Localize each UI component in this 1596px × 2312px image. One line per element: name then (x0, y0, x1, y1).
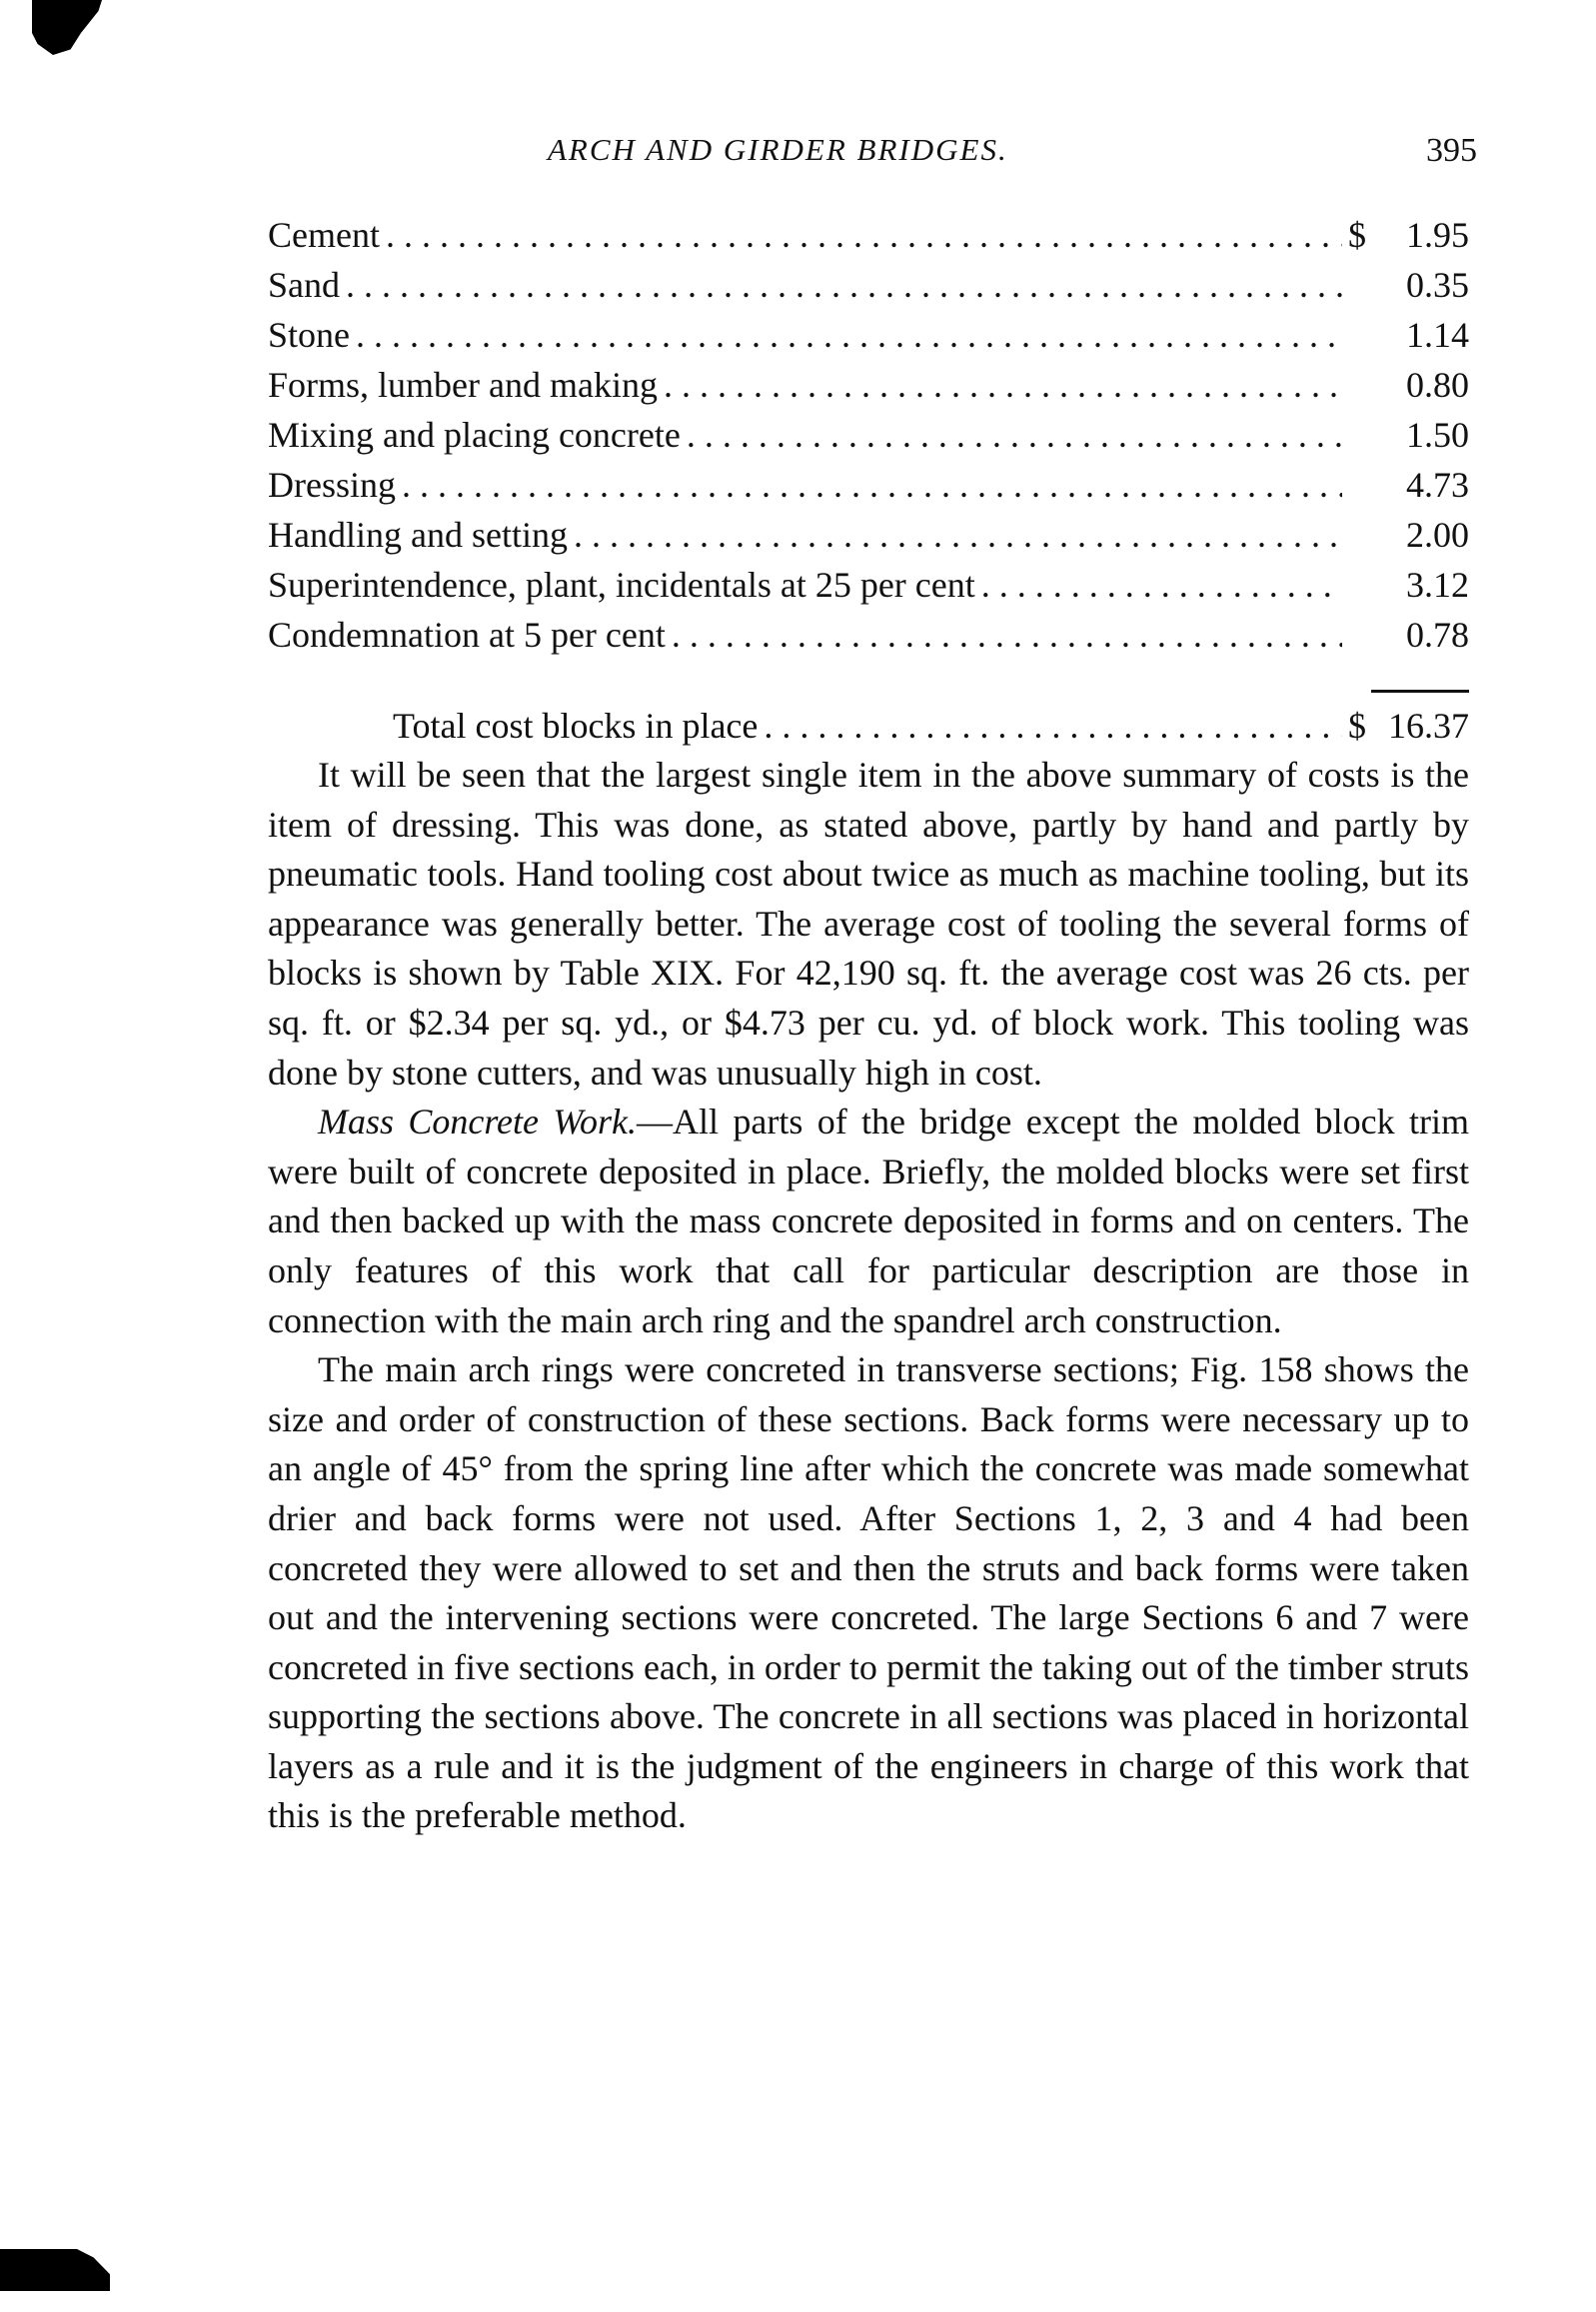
body-text: It will be seen that the largest single … (268, 751, 1469, 1841)
cost-row: Sand 0.35 (268, 260, 1469, 310)
paragraph: Mass Concrete Work.—All parts of the bri… (268, 1098, 1469, 1345)
paragraph: It will be seen that the largest single … (268, 751, 1469, 1098)
dot-leader (672, 610, 1342, 660)
dot-leader (981, 560, 1342, 610)
cost-label: Cement (268, 210, 380, 260)
cost-table: Cement $ 1.95 Sand 0.35 Stone 1.14 Forms… (268, 210, 1469, 751)
dot-leader (402, 460, 1342, 510)
dot-leader (574, 510, 1342, 560)
dot-leader (386, 210, 1342, 260)
cost-label: Condemnation at 5 per cent (268, 610, 666, 660)
cost-value: 1.14 (1374, 310, 1469, 360)
cost-value: 4.73 (1374, 460, 1469, 510)
scan-artifact-bottom (0, 2249, 110, 2291)
section-heading-mass-concrete-work: Mass Concrete Work. (318, 1102, 637, 1142)
scan-artifact-top (32, 0, 102, 55)
paragraph-text: The main arch rings were concreted in tr… (268, 1349, 1469, 1835)
cost-row: Cement $ 1.95 (268, 210, 1469, 260)
total-row: Total cost blocks in place $ 16.37 (268, 701, 1469, 751)
cost-value: 0.80 (1374, 360, 1469, 410)
cost-value: 3.12 (1374, 560, 1469, 610)
page-number: 395 (1426, 132, 1477, 170)
cost-label: Handling and setting (268, 510, 568, 560)
paragraph: The main arch rings were concreted in tr… (268, 1345, 1469, 1841)
paragraph-text: It will be seen that the largest single … (268, 755, 1469, 1093)
cost-row: Superintendence, plant, incidentals at 2… (268, 560, 1469, 610)
cost-row: Dressing 4.73 (268, 460, 1469, 510)
currency-sign: $ (1348, 701, 1374, 751)
cost-label: Sand (268, 260, 340, 310)
cost-row: Forms, lumber and making 0.80 (268, 360, 1469, 410)
cost-value: 1.50 (1374, 410, 1469, 460)
dot-leader (687, 410, 1342, 460)
cost-row: Condemnation at 5 per cent 0.78 (268, 610, 1469, 660)
dot-leader (346, 260, 1342, 310)
cost-row: Handling and setting 2.00 (268, 510, 1469, 560)
dot-leader (664, 360, 1342, 410)
total-rule (1371, 690, 1469, 693)
cost-label: Forms, lumber and making (268, 360, 658, 410)
dot-leader (356, 310, 1342, 360)
book-page: ARCH AND GIRDER BRIDGES. 395 Cement $ 1.… (268, 130, 1469, 1841)
cost-row: Stone 1.14 (268, 310, 1469, 360)
cost-label: Mixing and placing concrete (268, 410, 681, 460)
cost-row: Mixing and placing concrete 1.50 (268, 410, 1469, 460)
cost-value: 2.00 (1374, 510, 1469, 560)
running-title: ARCH AND GIRDER BRIDGES. (548, 132, 1008, 168)
total-label: Total cost blocks in place (393, 701, 758, 751)
cost-label: Stone (268, 310, 350, 360)
cost-value: 0.78 (1374, 610, 1469, 660)
total-value: 16.37 (1374, 701, 1469, 751)
cost-label: Dressing (268, 460, 396, 510)
running-head: ARCH AND GIRDER BRIDGES. 395 (268, 130, 1469, 190)
dot-leader (764, 701, 1342, 751)
currency-sign: $ (1348, 210, 1374, 260)
cost-value: 1.95 (1374, 210, 1469, 260)
cost-value: 0.35 (1374, 260, 1469, 310)
cost-label: Superintendence, plant, incidentals at 2… (268, 560, 975, 610)
